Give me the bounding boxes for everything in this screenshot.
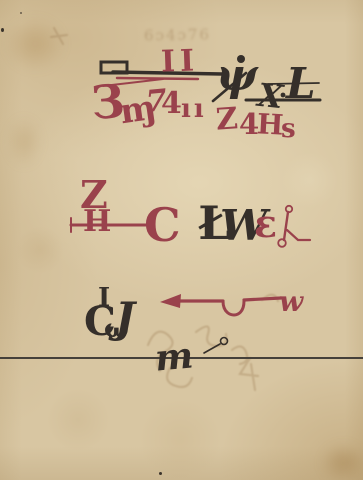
manuscript-page: 6ɔ4ɔ76 <box>0 0 363 480</box>
sigil3-glyph-red-w: w <box>279 288 303 316</box>
bleedthrough-mark <box>196 326 226 346</box>
stain-bottom-right <box>320 442 363 480</box>
stain-left-mid <box>6 116 42 168</box>
sigil1-glyph-s: s <box>281 116 296 142</box>
sigil3-ring <box>221 338 228 345</box>
bleedthrough-text: 6ɔ4ɔ76 <box>144 27 211 43</box>
sigil1-glyph-ticks: ıı <box>181 96 207 122</box>
bleedthrough-mark <box>262 295 278 301</box>
sigil1-glyph-l: L <box>286 63 316 105</box>
sigil3-black-strokes <box>204 338 228 354</box>
red-arrow <box>160 294 281 315</box>
sigil3-glyph-j: J <box>115 297 135 339</box>
ink-speck <box>1 28 4 32</box>
sigil1-glyph-psi: ψ <box>216 54 257 98</box>
sigil2-glyph-e: ε <box>254 205 277 243</box>
sigil1-glyph-h: H <box>256 110 284 139</box>
bleedthrough-mark <box>240 358 258 390</box>
sigil2-staff-bottom-ring <box>278 239 286 247</box>
sigil2-staff <box>284 212 288 240</box>
sigil2-hook <box>287 230 310 240</box>
sigil3-glyph-m: m <box>154 337 195 376</box>
sigil1-glyph-four: 4 <box>161 89 182 119</box>
sigil1-glyph-z: Z <box>215 104 239 135</box>
ink-speck <box>20 12 22 14</box>
sigil1-rectangle <box>101 62 127 73</box>
sigil1-glyph-ii: II <box>160 46 199 77</box>
ink-speck <box>159 472 162 475</box>
bleedthrough-mark <box>232 346 247 364</box>
arrow-head <box>160 294 181 308</box>
stain-top-left <box>4 16 66 72</box>
bleedthrough-mark <box>51 28 67 44</box>
arrow-u-dip <box>223 301 244 315</box>
sigil2-glyph-h: H <box>83 207 111 237</box>
sigil3-riser <box>204 344 220 353</box>
arrow-shaft-right <box>244 298 281 300</box>
sigil2-staff-top-ring <box>286 206 292 212</box>
sigil2-glyph-c: C <box>144 202 181 248</box>
